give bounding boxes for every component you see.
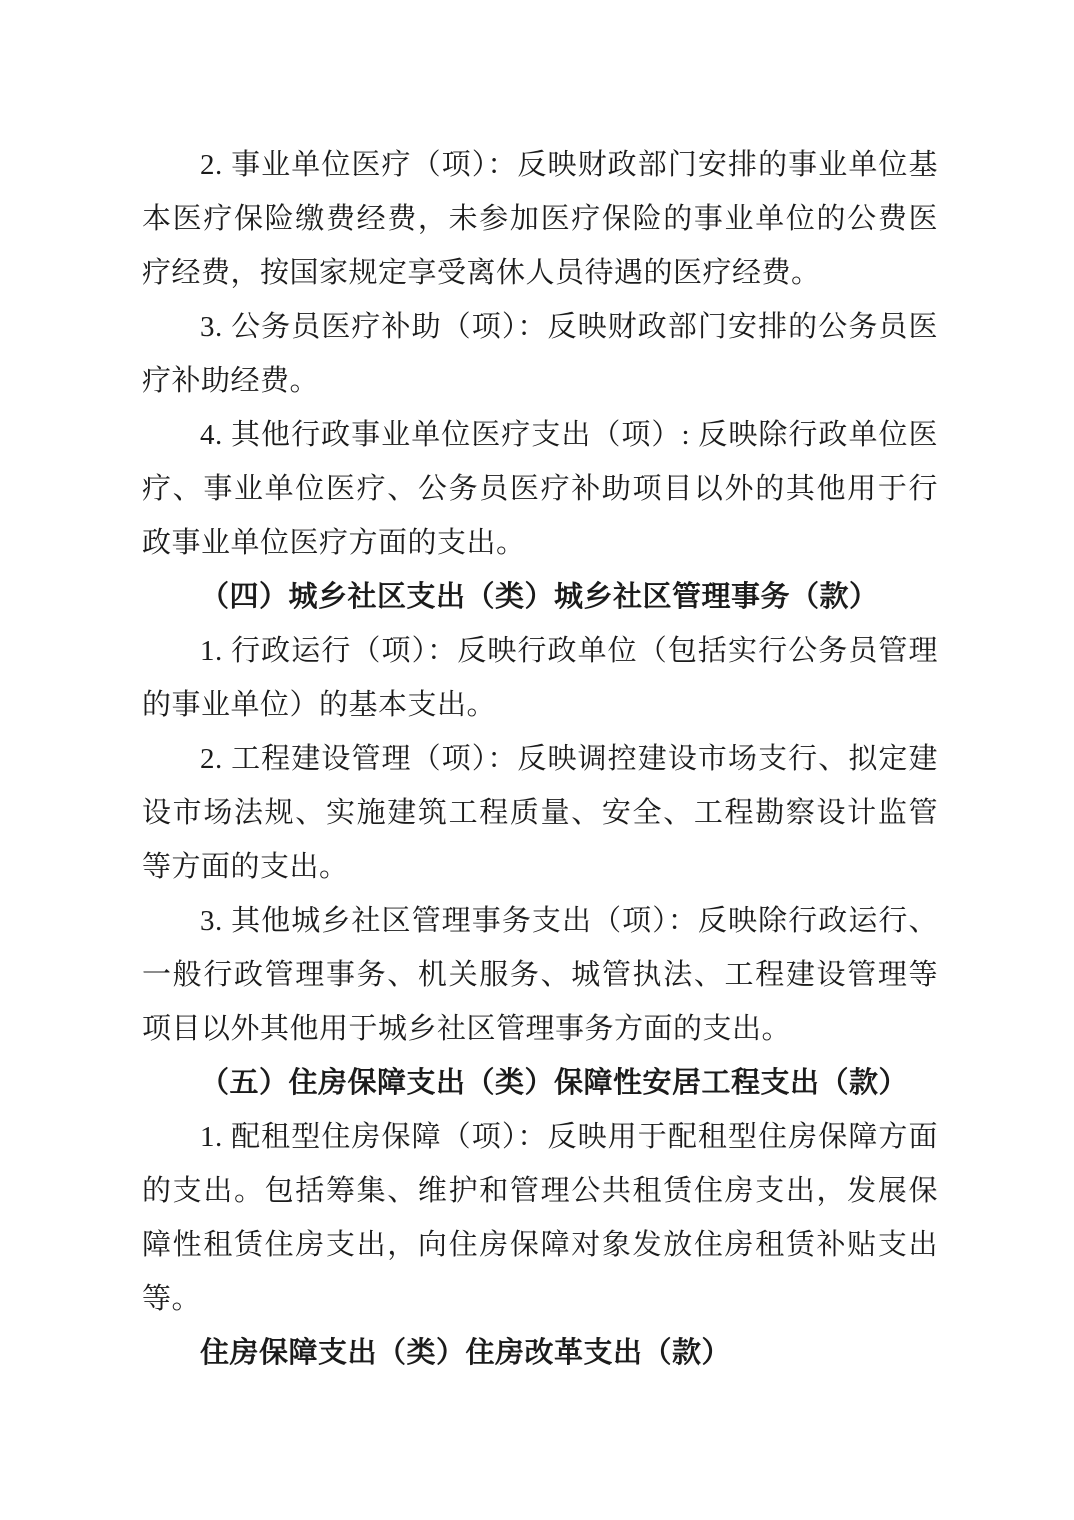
heading-section-4-urban-rural-community: （四）城乡社区支出（类）城乡社区管理事务（款） [142, 570, 938, 624]
heading-housing-reform-expenditure: 住房保障支出（类）住房改革支出（款） [142, 1326, 938, 1380]
document-page: 2. 事业单位医疗（项）：反映财政部门安排的事业单位基本医疗保险缴费经费，未参加… [0, 0, 1074, 1520]
document-text-block: 2. 事业单位医疗（项）：反映财政部门安排的事业单位基本医疗保险缴费经费，未参加… [142, 138, 938, 1380]
paragraph-rental-housing-security: 1. 配租型住房保障（项）：反映用于配租型住房保障方面的支出。包括筹集、维护和管… [142, 1110, 938, 1326]
paragraph-administrative-operation: 1. 行政运行（项）：反映行政单位（包括实行公务员管理的事业单位）的基本支出。 [142, 624, 938, 732]
heading-section-5-housing-security: （五）住房保障支出（类）保障性安居工程支出（款） [142, 1056, 938, 1110]
paragraph-engineering-construction-management: 2. 工程建设管理（项）：反映调控建设市场支行、拟定建设市场法规、实施建筑工程质… [142, 732, 938, 894]
paragraph-other-admin-institution-medical: 4. 其他行政事业单位医疗支出（项）: 反映除行政单位医疗、事业单位医疗、公务员… [142, 408, 938, 570]
paragraph-public-institution-medical: 2. 事业单位医疗（项）：反映财政部门安排的事业单位基本医疗保险缴费经费，未参加… [142, 138, 938, 300]
paragraph-civil-servant-medical-subsidy: 3. 公务员医疗补助（项）：反映财政部门安排的公务员医疗补助经费。 [142, 300, 938, 408]
paragraph-other-community-management-affairs: 3. 其他城乡社区管理事务支出（项）：反映除行政运行、一般行政管理事务、机关服务… [142, 894, 938, 1056]
